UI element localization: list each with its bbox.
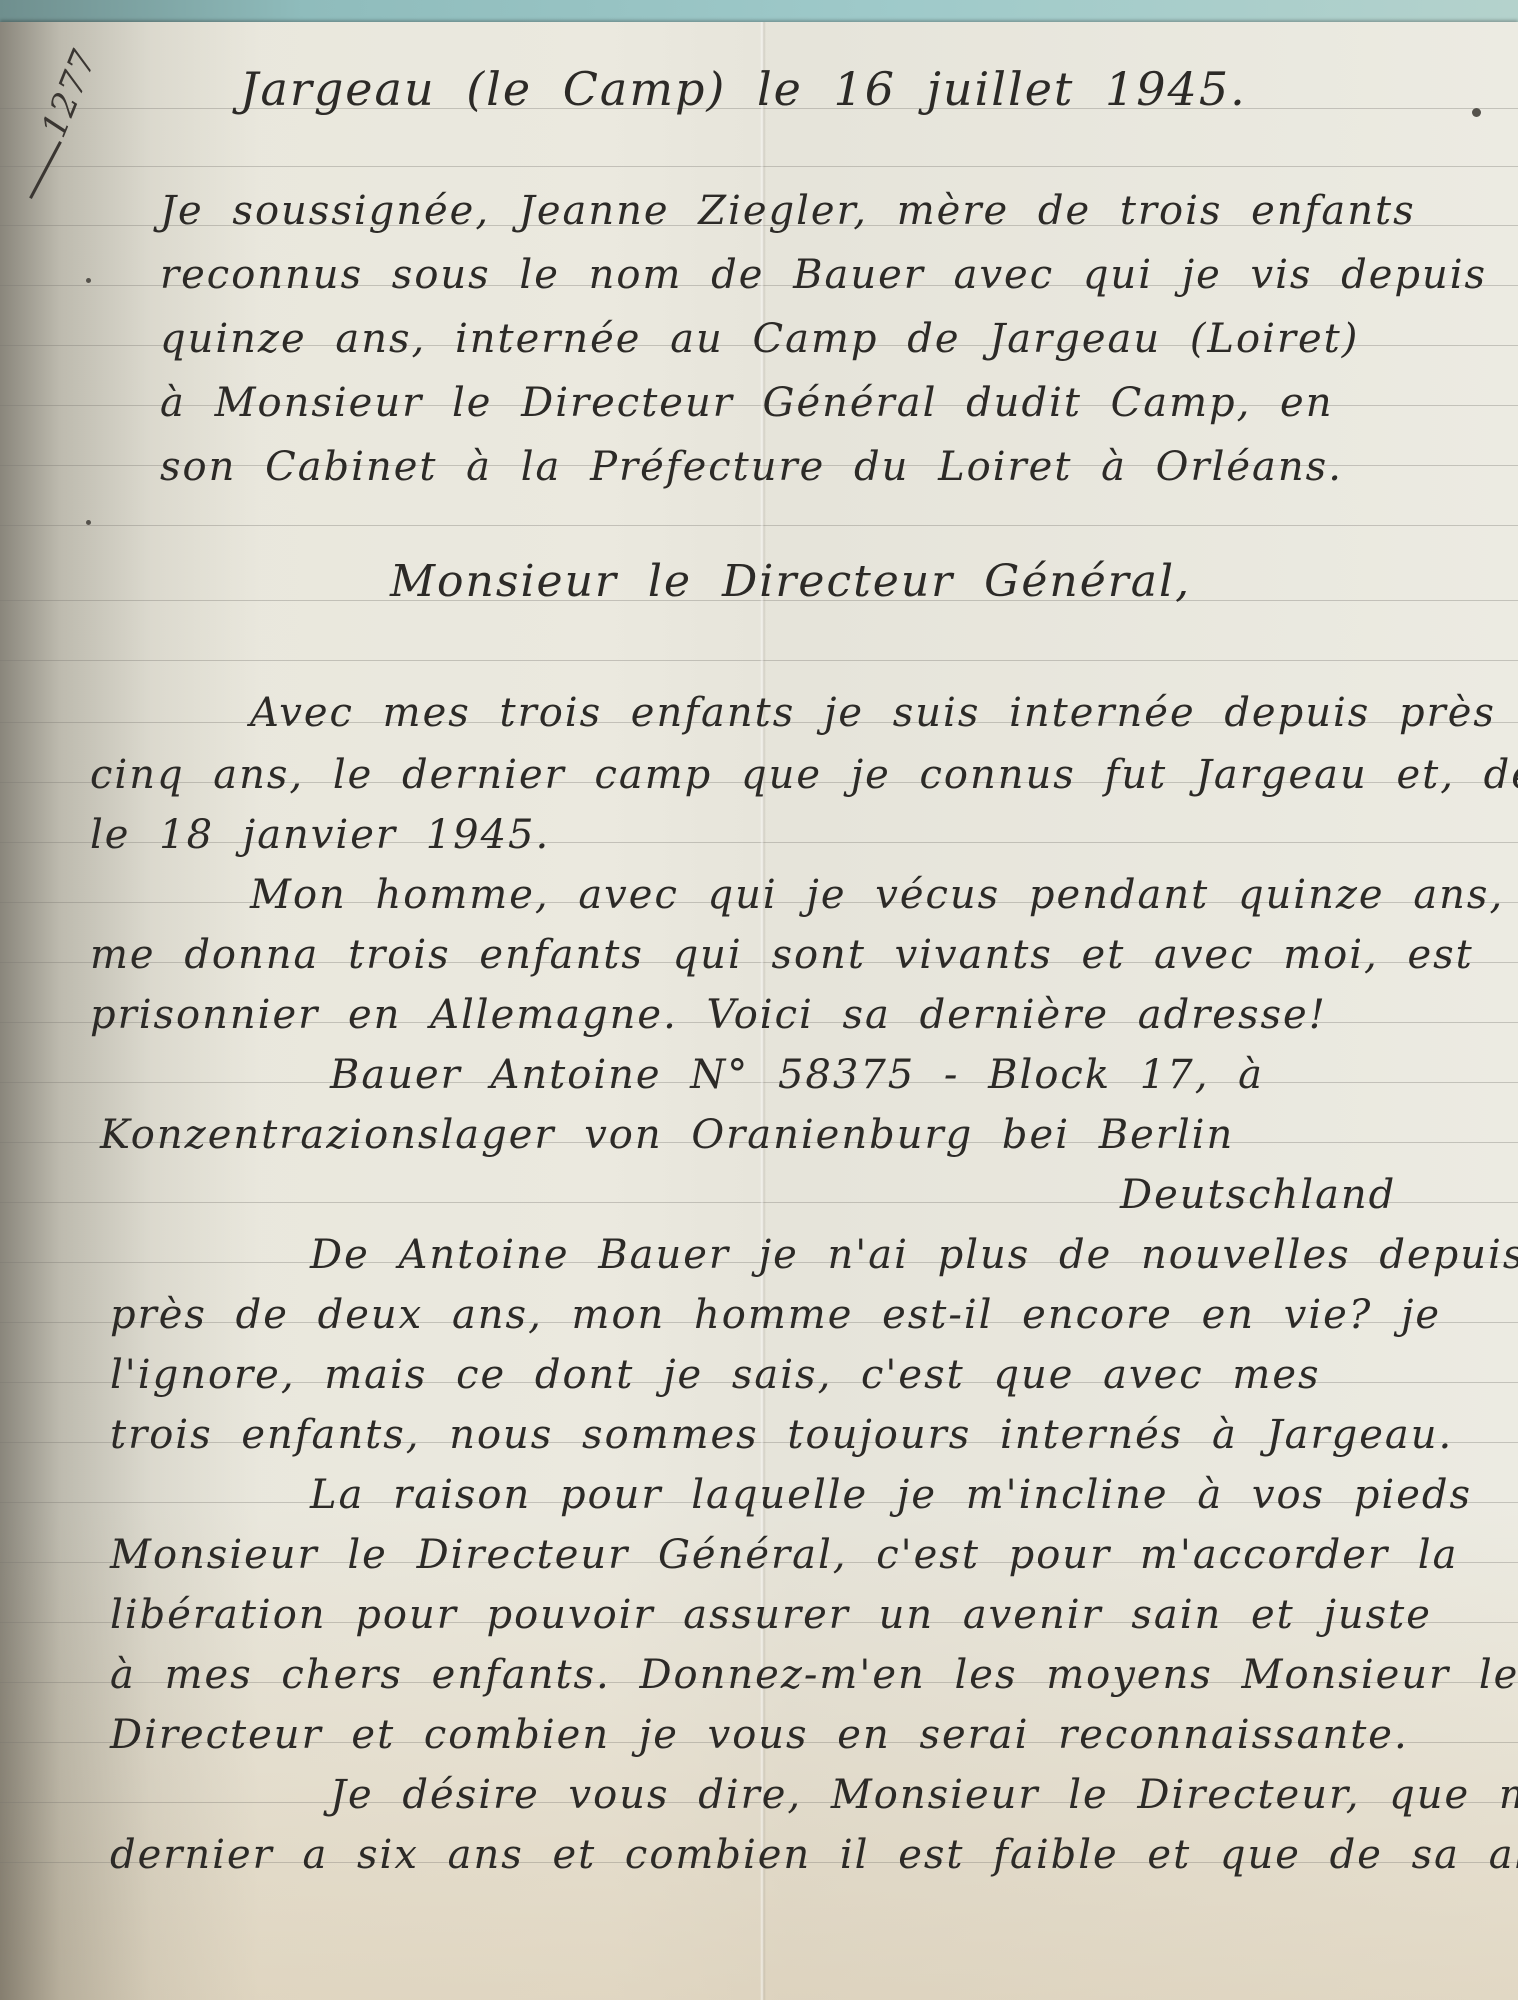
salutation: Monsieur le Directeur Général, bbox=[390, 556, 1191, 607]
body-line: près de deux ans, mon homme est-il encor… bbox=[110, 1292, 1441, 1338]
body-line: cinq ans, le dernier camp que je connus … bbox=[90, 752, 1518, 798]
address-line: quinze ans, internée au Camp de Jargeau … bbox=[160, 316, 1359, 362]
ruled-line bbox=[0, 166, 1518, 167]
address-line: reconnus sous le nom de Bauer avec qui j… bbox=[160, 252, 1487, 298]
letter-heading: Jargeau (le Camp) le 16 juillet 1945. bbox=[240, 62, 1247, 116]
address-line: à Monsieur le Directeur Général dudit Ca… bbox=[160, 380, 1333, 426]
ruled-line bbox=[0, 660, 1518, 661]
ink-dot bbox=[86, 520, 91, 525]
body-line: prisonnier en Allemagne. Voici sa derniè… bbox=[90, 992, 1327, 1038]
letter-photo: 1277 Jargeau (le Camp) le 16 juillet 194… bbox=[0, 0, 1518, 2000]
body-line: le 18 janvier 1945. bbox=[90, 812, 550, 858]
body-line: La raison pour laquelle je m'incline à v… bbox=[310, 1472, 1472, 1518]
address-line: son Cabinet à la Préfecture du Loiret à … bbox=[160, 444, 1343, 490]
ruled-line bbox=[0, 525, 1518, 526]
body-line: Monsieur le Directeur Général, c'est pou… bbox=[110, 1532, 1458, 1578]
ink-dot bbox=[1472, 108, 1481, 117]
body-line: Avec mes trois enfants je suis internée … bbox=[250, 690, 1518, 736]
body-line: Directeur et combien je vous en serai re… bbox=[110, 1712, 1409, 1758]
address-of-prisoner: Konzentrazionslager von Oranienburg bei … bbox=[100, 1112, 1234, 1158]
body-line: l'ignore, mais ce dont je sais, c'est qu… bbox=[110, 1352, 1321, 1398]
address-of-prisoner: Deutschland bbox=[1120, 1172, 1396, 1218]
address-line: Je soussignée, Jeanne Ziegler, mère de t… bbox=[160, 188, 1416, 234]
body-line: dernier a six ans et combien il est faib… bbox=[110, 1832, 1518, 1878]
body-line: libération pour pouvoir assurer un aveni… bbox=[110, 1592, 1432, 1638]
ink-dot bbox=[86, 278, 91, 283]
body-line: me donna trois enfants qui sont vivants … bbox=[90, 932, 1474, 978]
body-line: trois enfants, nous sommes toujours inte… bbox=[110, 1412, 1453, 1458]
address-of-prisoner: Bauer Antoine N° 58375 - Block 17, à bbox=[330, 1052, 1264, 1098]
body-line: à mes chers enfants. Donnez-m'en les moy… bbox=[110, 1652, 1518, 1698]
body-line: Je désire vous dire, Monsieur le Directe… bbox=[330, 1772, 1518, 1818]
body-line: De Antoine Bauer je n'ai plus de nouvell… bbox=[310, 1232, 1518, 1278]
body-line: Mon homme, avec qui je vécus pendant qui… bbox=[250, 872, 1504, 918]
